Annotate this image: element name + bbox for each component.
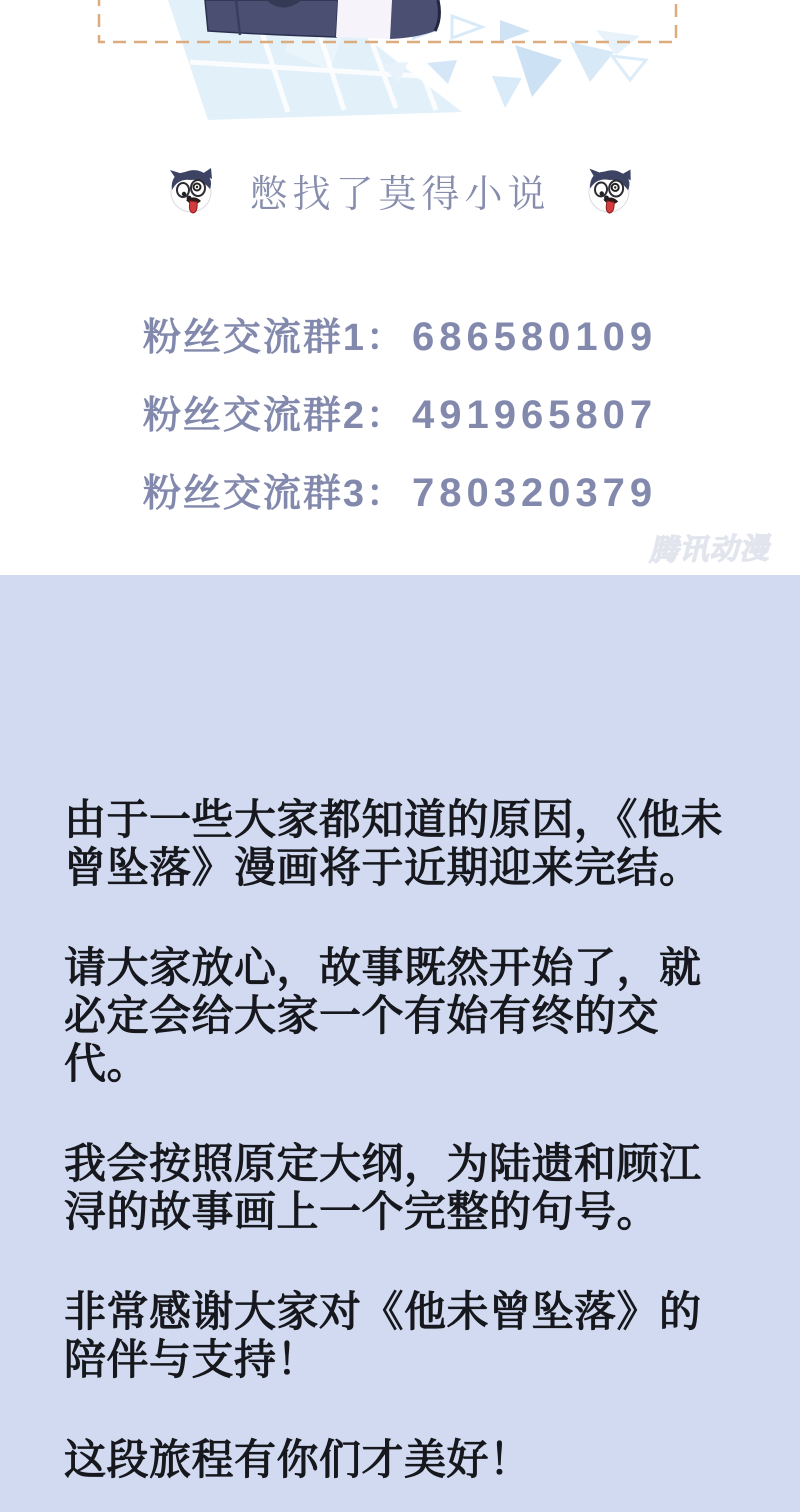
fan-group-number: 686580109: [412, 315, 657, 360]
character-clothing-illustration: [205, 0, 439, 39]
top-section: 憋找了莫得小说 粉丝交流群1： 686580109 粉丝交流群2： 491965…: [0, 0, 800, 575]
announcement-paragraph-4: 非常感谢大家对《他未曾坠落》的陪伴与支持！: [64, 1288, 737, 1384]
fan-group-label: 粉丝交流群2：: [143, 384, 406, 439]
fan-group-row-3: 粉丝交流群3： 780320379: [143, 462, 657, 517]
announcement-paragraph-3: 我会按照原定大纲，为陆遗和顾江浔的故事画上一个完整的句号。: [64, 1140, 737, 1236]
husky-derp-emoji-right: [583, 164, 634, 215]
no-novel-note-row: 憋找了莫得小说: [0, 160, 800, 220]
fan-group-label: 粉丝交流群3：: [143, 462, 406, 517]
fan-group-row-2: 粉丝交流群2： 491965807: [143, 384, 657, 439]
announcement-paragraph-5: 这段旅程有你们才美好！: [64, 1436, 737, 1484]
announcement-section: 由于一些大家都知道的原因，《他未曾坠落》漫画将于近期迎来完结。 请大家放心，故事…: [0, 575, 800, 1512]
tencent-comics-watermark: 腾讯动漫: [647, 526, 777, 569]
fan-group-number: 780320379: [412, 471, 657, 516]
fan-group-row-1: 粉丝交流群1： 686580109: [143, 306, 657, 361]
announcement-paragraph-2: 请大家放心，故事既然开始了，就必定会给大家一个有始有终的交代。: [64, 944, 737, 1088]
note-text: 憋找了莫得小说: [249, 163, 550, 218]
fan-group-list: 粉丝交流群1： 686580109 粉丝交流群2： 491965807 粉丝交流…: [0, 306, 800, 517]
fan-group-number: 491965807: [412, 393, 657, 438]
announcement-paragraph-1: 由于一些大家都知道的原因，《他未曾坠落》漫画将于近期迎来完结。: [64, 796, 737, 892]
husky-derp-emoji-left: [167, 166, 215, 214]
fan-group-label: 粉丝交流群1：: [143, 306, 406, 361]
